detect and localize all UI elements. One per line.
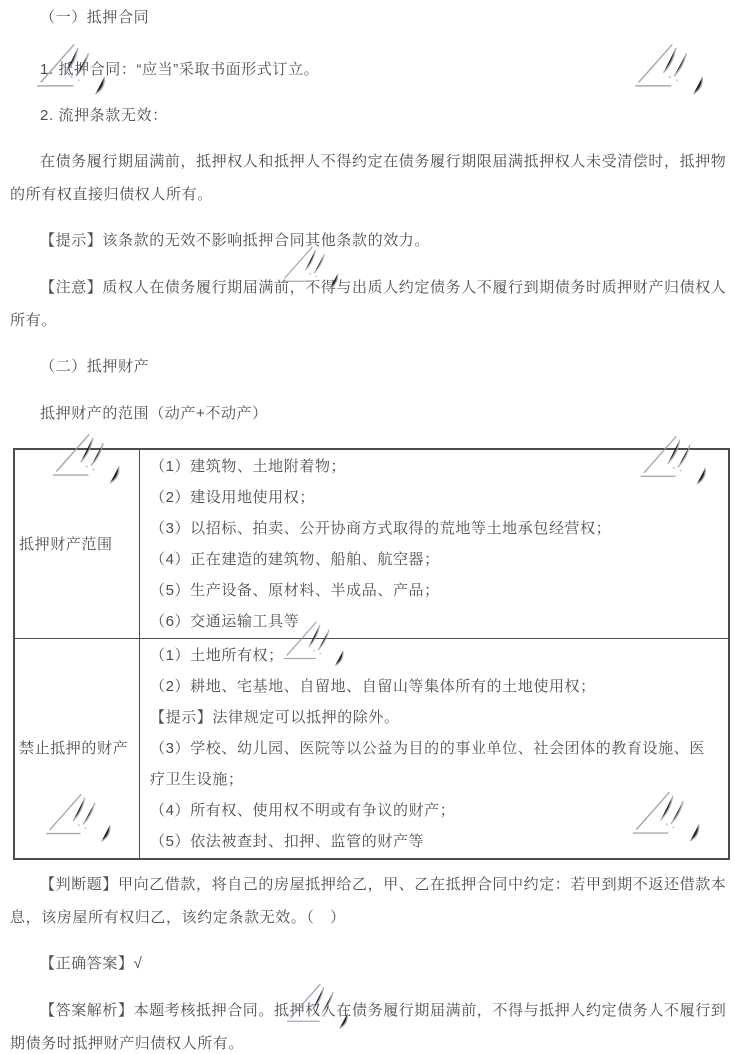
document-page: { "document": { "paragraphs": { "h1": "（… <box>0 0 744 1054</box>
point-forfeit-clause: 2. 流押条款无效： <box>10 99 734 132</box>
forbidden-item: （5）依法被查封、扣押、监管的财产等 <box>150 826 718 857</box>
forbidden-item: （3）学校、幼儿园、医院等以公益为目的的事业单位、社会团体的教育设施、医疗卫生设… <box>150 733 718 795</box>
judgment-question-paragraph: 【判断题】甲向乙借款，将自己的房屋抵押给乙，甲、乙在抵押合同中约定：若甲到期不返… <box>10 868 734 934</box>
scope-item: （6）交通运输工具等 <box>150 606 718 637</box>
scope-item: （2）建设用地使用权； <box>150 482 718 513</box>
row-cell-forbidden-items: （1）土地所有权； （2）耕地、宅基地、自留地、自留山等集体所有的土地使用权； … <box>140 639 730 860</box>
scope-item: （5）生产设备、原材料、半成品、产品； <box>150 575 718 606</box>
row-label-forbidden: 禁止抵押的财产 <box>14 639 140 860</box>
scope-intro-paragraph: 抵押财产的范围（动产+不动产） <box>10 397 734 430</box>
forbidden-item: （2）耕地、宅基地、自留地、自留山等集体所有的土地使用权； <box>150 671 718 702</box>
correct-answer-paragraph: 【正确答案】√ <box>10 947 734 980</box>
tip-paragraph: 【提示】该条款的无效不影响抵押合同其他条款的效力。 <box>10 224 734 257</box>
paragraph-forfeit-rule: 在债务履行期届满前，抵押权人和抵押人不得约定在债务履行期限届满抵押权人未受清偿时… <box>10 145 734 211</box>
table-row-forbidden: 禁止抵押的财产 （1）土地所有权； （2）耕地、宅基地、自留地、自留山等集体所有… <box>14 639 729 860</box>
section-heading-mortgage-contract: （一）抵押合同 <box>10 1 734 34</box>
scope-item: （4）正在建造的建筑物、船舶、航空器； <box>150 544 718 575</box>
table-row-scope: 抵押财产范围 （1）建筑物、土地附着物； （2）建设用地使用权； （3）以招标、… <box>14 449 729 639</box>
mortgage-property-table: 抵押财产范围 （1）建筑物、土地附着物； （2）建设用地使用权； （3）以招标、… <box>13 448 730 860</box>
forbidden-item: （1）土地所有权； <box>150 640 718 671</box>
scope-item: （1）建筑物、土地附着物； <box>150 451 718 482</box>
lecture-notes-content: （一）抵押合同 1. 抵押合同：“应当”采取书面形式订立。 2. 流押条款无效：… <box>0 0 744 1054</box>
row-label-scope: 抵押财产范围 <box>14 449 140 639</box>
scope-item: （3）以招标、拍卖、公开协商方式取得的荒地等土地承包经营权； <box>150 513 718 544</box>
answer-analysis-paragraph: 【答案解析】本题考核抵押合同。抵押权人在债务履行期届满前，不得与抵押人约定债务人… <box>10 994 734 1054</box>
section-heading-mortgage-property: （二）抵押财产 <box>10 350 734 383</box>
point-written-form: 1. 抵押合同：“应当”采取书面形式订立。 <box>10 53 734 86</box>
row-cell-scope-items: （1）建筑物、土地附着物； （2）建设用地使用权； （3）以招标、拍卖、公开协商… <box>140 449 730 639</box>
note-paragraph: 【注意】质权人在债务履行期届满前，不得与出质人约定债务人不履行到期债务时质押财产… <box>10 271 734 337</box>
forbidden-item: 【提示】法律规定可以抵押的除外。 <box>150 702 718 733</box>
forbidden-item: （4）所有权、使用权不明或有争议的财产； <box>150 795 718 826</box>
